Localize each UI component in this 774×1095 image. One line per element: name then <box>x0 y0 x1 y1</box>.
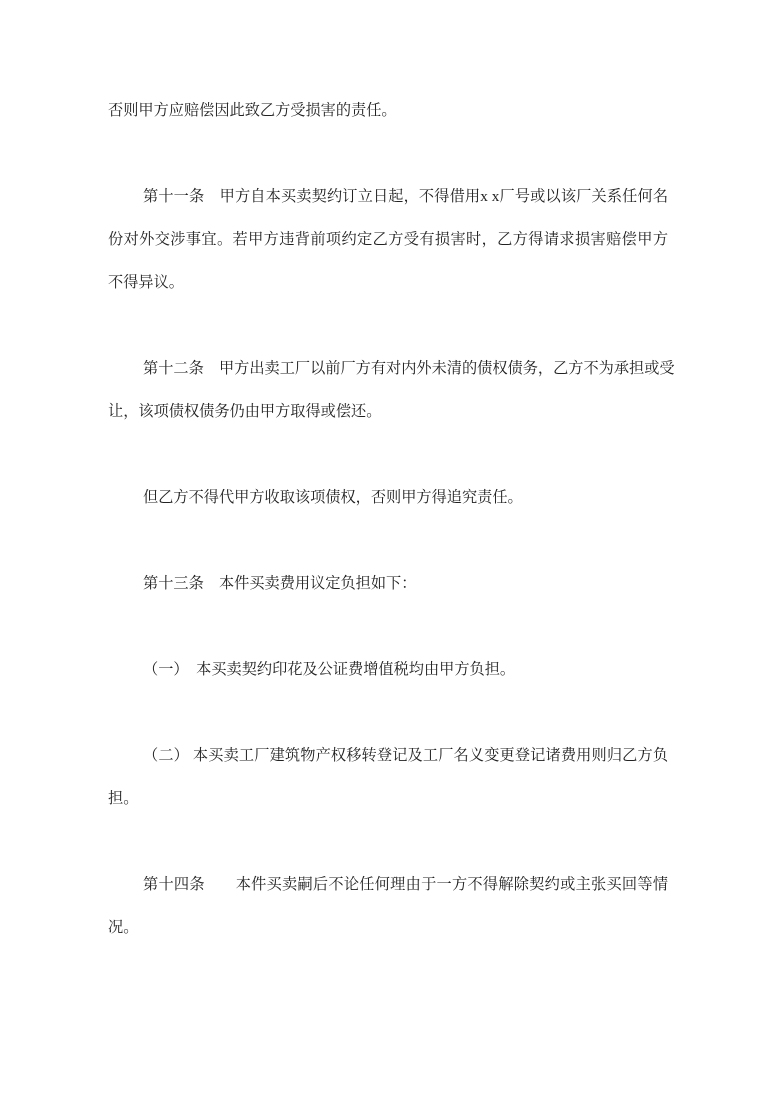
paragraph-clause-13-item-1: （一） 本买卖契约印花及公证费增值税均由甲方负担。 <box>108 648 668 691</box>
text-line: 不得异议。 <box>108 261 668 304</box>
paragraph-clause-12-proviso: 但乙方不得代甲方收取该项债权，否则甲方得追究责任。 <box>108 476 668 519</box>
text-line: 让，该项债权债务仍由甲方取得或偿还。 <box>108 390 668 433</box>
text-line: （二） 本买卖工厂建筑物产权移转登记及工厂名义变更登记诸费用则归乙方负 <box>108 734 668 777</box>
text-line: （一） 本买卖契约印花及公证费增值税均由甲方负担。 <box>108 648 668 691</box>
document-page: 否则甲方应赔偿因此致乙方受损害的责任。 第十一条 甲方自本买卖契约订立日起，不得… <box>0 0 774 1095</box>
text-line: 第十一条 甲方自本买卖契约订立日起，不得借用x x厂号或以该厂关系任何名 <box>108 175 668 218</box>
text-line: 第十二条 甲方出卖工厂以前厂方有对内外未清的债权债务，乙方不为承担或受 <box>108 347 668 390</box>
paragraph-clause-13-item-2: （二） 本买卖工厂建筑物产权移转登记及工厂名义变更登记诸费用则归乙方负 担。 <box>108 734 668 820</box>
text-line: 担。 <box>108 777 668 820</box>
paragraph-clause-13: 第十三条 本件买卖费用议定负担如下： <box>108 562 668 605</box>
text-line: 第十三条 本件买卖费用议定负担如下： <box>108 562 668 605</box>
text-line: 况。 <box>108 906 668 949</box>
text-line: 但乙方不得代甲方收取该项债权，否则甲方得追究责任。 <box>108 476 668 519</box>
text-line: 否则甲方应赔偿因此致乙方受损害的责任。 <box>108 89 668 132</box>
paragraph-clause-11: 第十一条 甲方自本买卖契约订立日起，不得借用x x厂号或以该厂关系任何名 份对外… <box>108 175 668 304</box>
text-line: 第十四条 本件买卖嗣后不论任何理由于一方不得解除契约或主张买回等情 <box>108 863 668 906</box>
text-line: 份对外交涉事宜。若甲方违背前项约定乙方受有损害时，乙方得请求损害赔偿甲方 <box>108 218 668 261</box>
paragraph-liability-closing: 否则甲方应赔偿因此致乙方受损害的责任。 <box>108 89 668 132</box>
paragraph-clause-12: 第十二条 甲方出卖工厂以前厂方有对内外未清的债权债务，乙方不为承担或受 让，该项… <box>108 347 668 433</box>
paragraph-clause-14: 第十四条 本件买卖嗣后不论任何理由于一方不得解除契约或主张买回等情 况。 <box>108 863 668 949</box>
